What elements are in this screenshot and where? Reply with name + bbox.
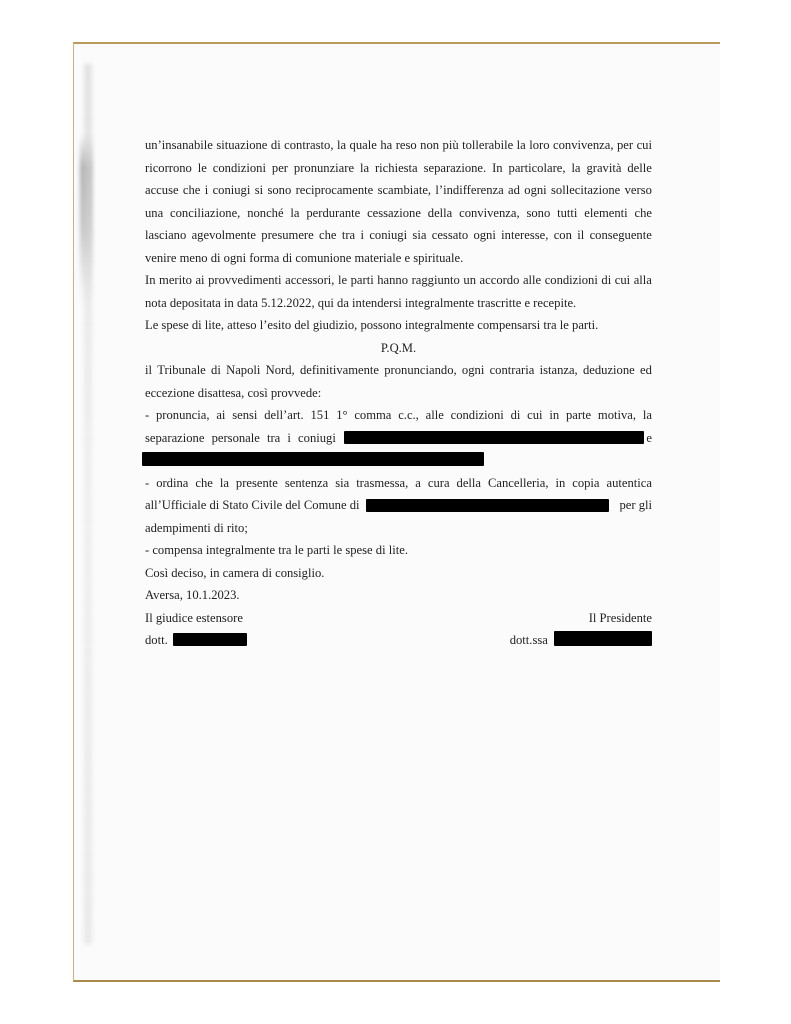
order-2-suffix: per gli (619, 494, 652, 517)
text-line: venire meno di ogni forma di comunione m… (145, 247, 652, 270)
order-1-prefix: separazione personale tra i coniugi (145, 427, 336, 450)
president-prefix: dott.ssa (510, 633, 548, 647)
redaction-bar (173, 633, 247, 646)
judge-signature: dott. (145, 629, 247, 652)
order-3-line: - compensa integralmente tra le parti le… (145, 539, 652, 562)
document-body: un’insanabilesituazionedicontrasto,laqua… (145, 134, 652, 652)
order-2-line: -ordinachelapresentesentenzasiatrasmessa… (145, 472, 652, 495)
text-line: ricorronolecondizioniperpronunziarelaric… (145, 157, 652, 180)
signature-titles: Il giudice estensore Il Presidente (145, 607, 652, 630)
decided-line: Così deciso, in camera di consiglio. (145, 562, 652, 585)
place-date: Aversa, 10.1.2023. (145, 584, 652, 607)
redaction-bar (142, 452, 484, 466)
judge-title: Il giudice estensore (145, 607, 243, 630)
text-line: accusecheiconiugisisonoreciprocamentesca… (145, 179, 652, 202)
redaction-bar (554, 631, 652, 646)
text-line: unaconciliazione,nonchélaperdurantecessa… (145, 202, 652, 225)
signature-names: dott. dott.ssa (145, 629, 652, 652)
order-1-line: -pronuncia,aisensidell’art.1511°commac.c… (145, 404, 652, 427)
president-signature: dott.ssa (510, 629, 652, 652)
text-line: eccezione disattesa, così provvede: (145, 382, 652, 405)
redaction-bar (366, 499, 609, 512)
redaction-bar (344, 431, 644, 444)
judge-prefix: dott. (145, 633, 168, 647)
text-line: nota depositata in data 5.12.2022, qui d… (145, 292, 652, 315)
pqm-heading: P.Q.M. (145, 337, 652, 360)
president-title: Il Presidente (589, 607, 652, 630)
text-line: Le spese di lite, atteso l’esito del giu… (145, 314, 652, 337)
text-line: Inmeritoaiprovvedimentiaccessori,leparti… (145, 269, 652, 292)
order-2-prefix: all’Ufficiale di Stato Civile del Comune… (145, 494, 360, 517)
text-line: ilTribunalediNapoliNord,definitivamentep… (145, 359, 652, 382)
order-1-redacted-line (145, 449, 652, 472)
order-1-parties-line: separazione personale tra i coniugi e (145, 427, 652, 450)
text-line: adempimenti di rito; (145, 517, 652, 540)
text-line: un’insanabilesituazionedicontrasto,laqua… (145, 134, 652, 157)
order-1-suffix: e (646, 427, 652, 450)
text-line: lascianoagevolmentepresumerechetraiconiu… (145, 224, 652, 247)
order-2-comune-line: all’Ufficiale di Stato Civile del Comune… (145, 494, 652, 517)
